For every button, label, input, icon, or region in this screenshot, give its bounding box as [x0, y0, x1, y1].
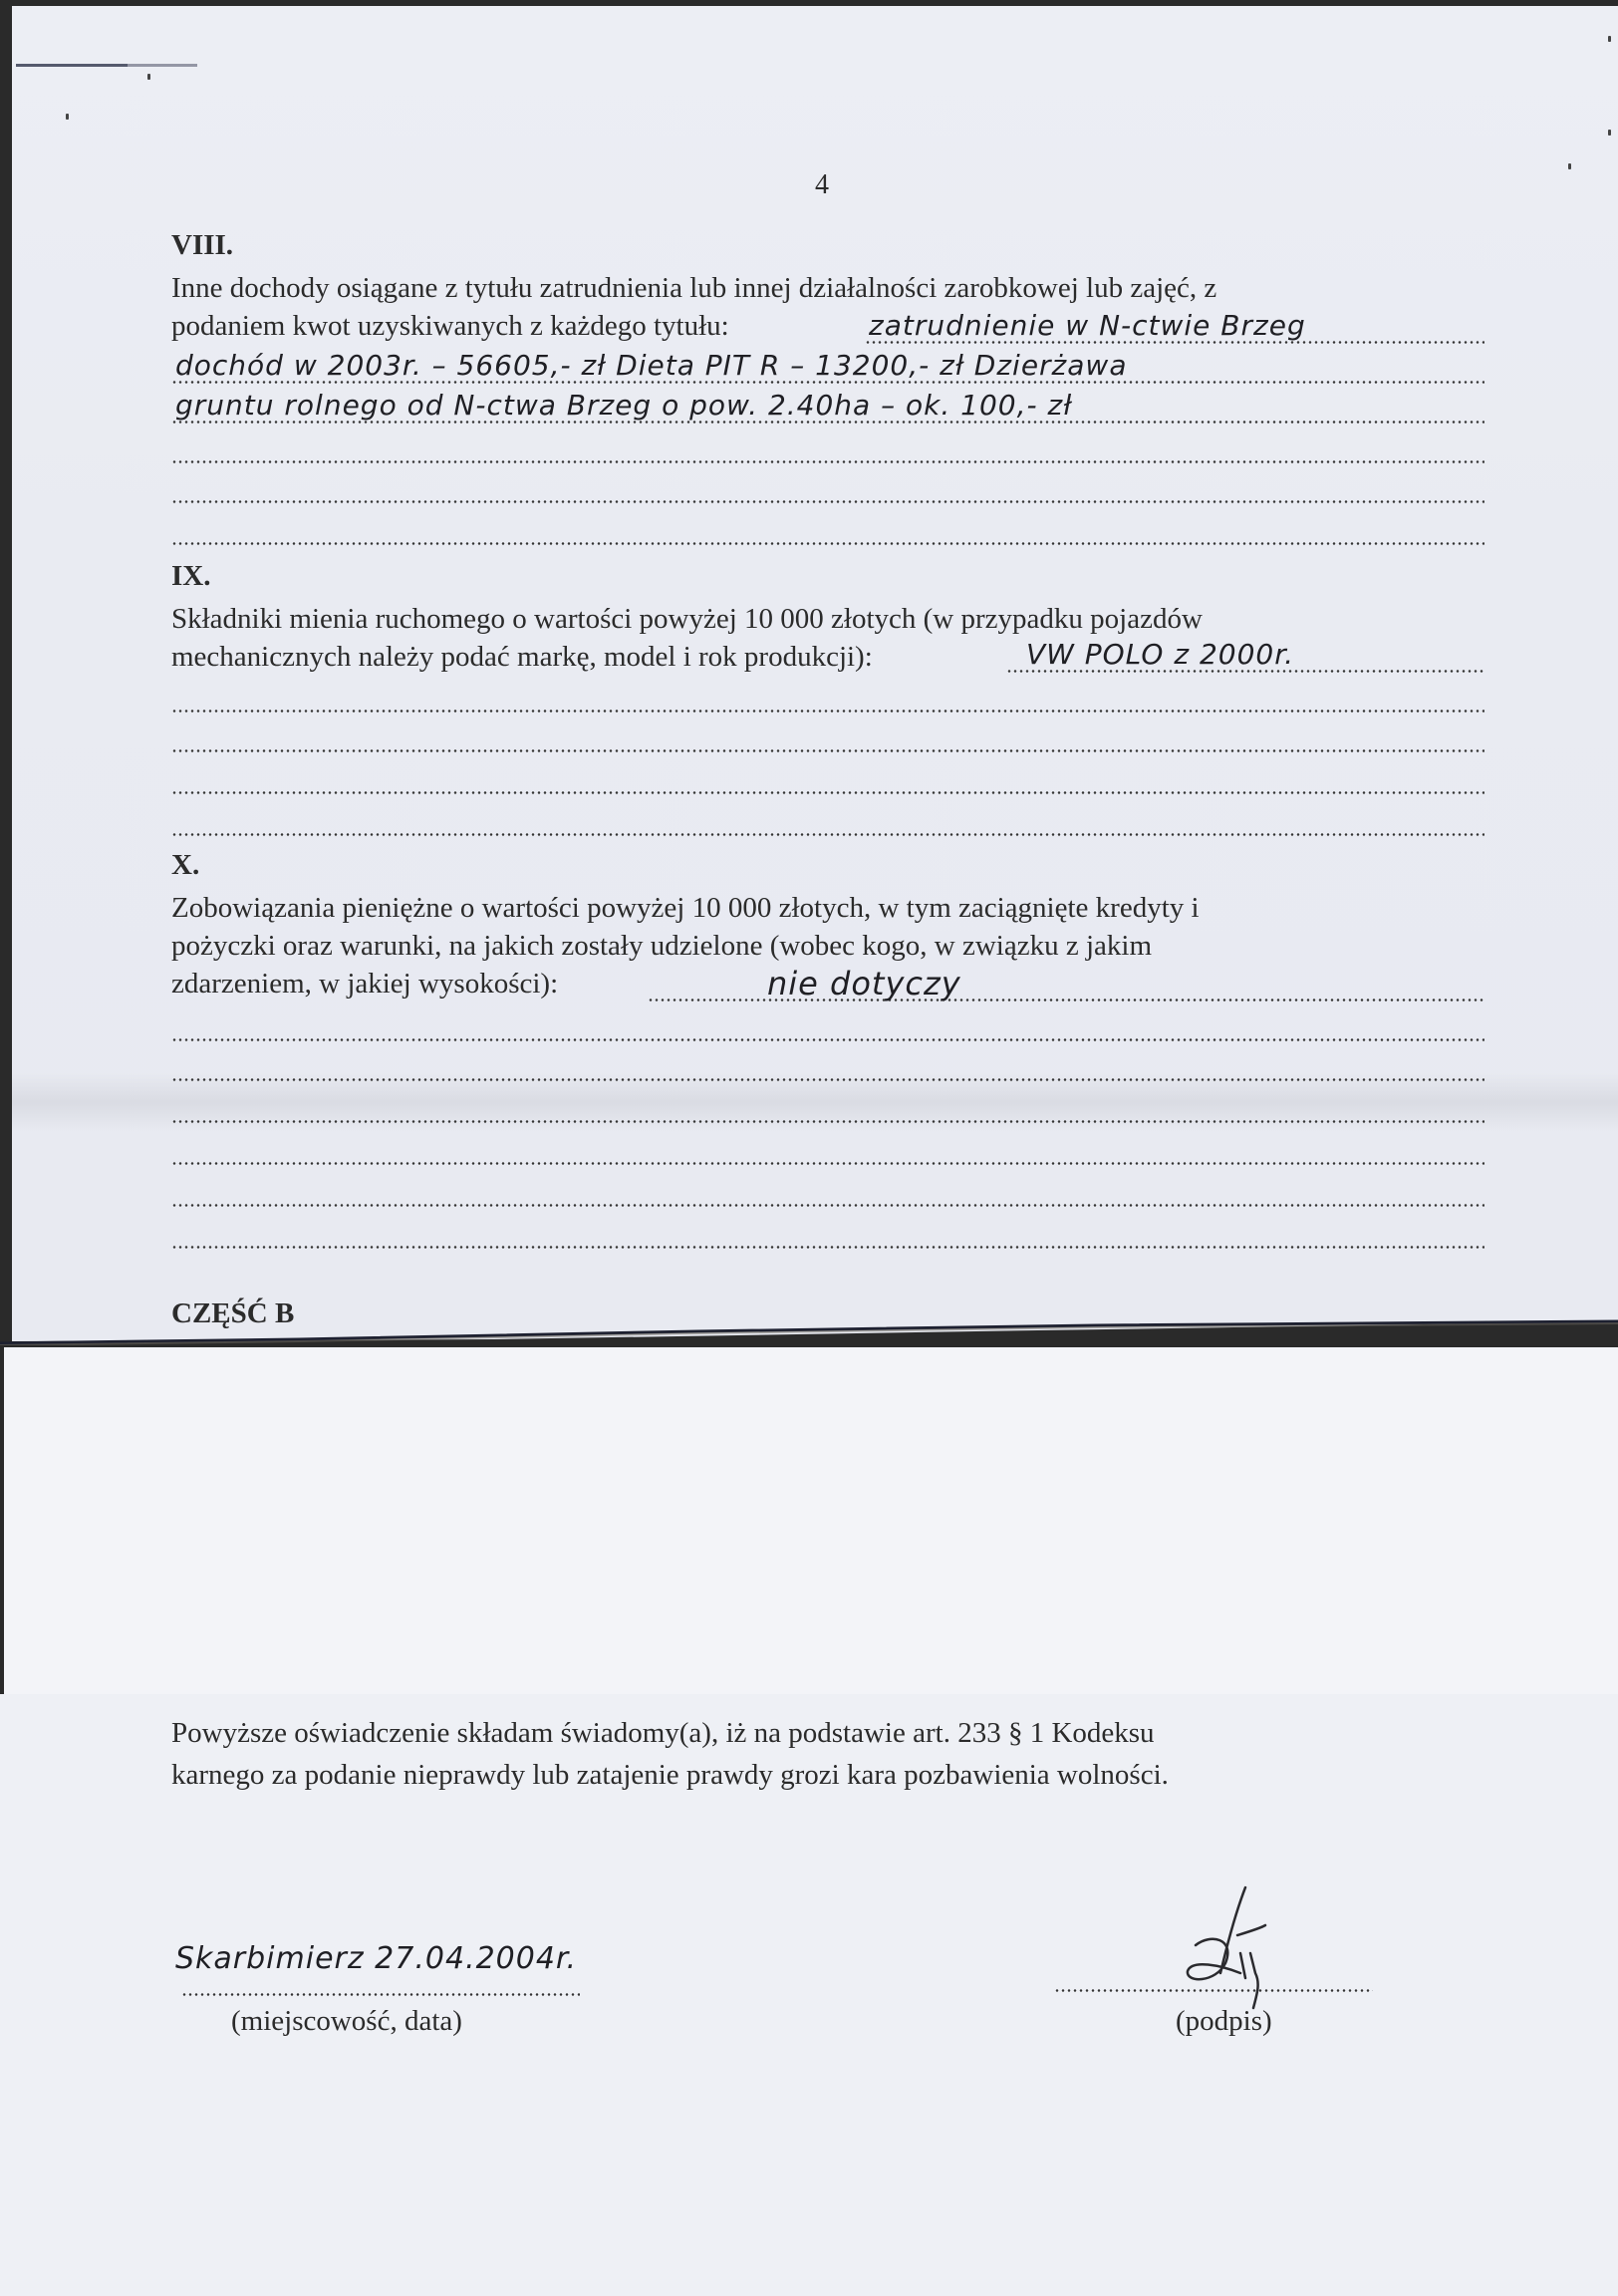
- answer-line: [171, 1246, 1484, 1249]
- answer-line: [171, 749, 1484, 752]
- section-ix-answer: VW POLO z 2000r.: [1026, 638, 1294, 671]
- section-viii-line1: Inne dochody osiągane z tytułu zatrudnie…: [171, 269, 1486, 307]
- answer-line: [171, 542, 1484, 545]
- section-ix-line1: Składniki mienia ruchomego o wartości po…: [171, 600, 1486, 638]
- part-b-heading: CZĘŚĆ B: [171, 1297, 294, 1330]
- document-content: 4 VIII. Inne dochody osiągane z tytułu z…: [0, 0, 1618, 2296]
- answer-line: [171, 1078, 1484, 1081]
- answer-line: [171, 1162, 1484, 1165]
- section-x-heading: X.: [171, 849, 199, 882]
- answer-line: [171, 1038, 1484, 1041]
- answer-line: [171, 833, 1484, 836]
- section-viii-answer-2: dochód w 2003r. – 56605,- zł Dieta PIT R…: [175, 349, 1127, 382]
- declaration-text: Powyższe oświadczenie składam świadomy(a…: [171, 1712, 1427, 1796]
- section-x-line2: pożyczki oraz warunki, na jakich zostały…: [171, 927, 1486, 965]
- section-viii-answer-1: zatrudnienie w N-ctwie Brzeg: [869, 309, 1306, 342]
- signature-label: (podpis): [1176, 2005, 1272, 2038]
- answer-line: [171, 791, 1484, 794]
- section-viii-heading: VIII.: [171, 229, 233, 262]
- place-date-label: (miejscowość, data): [231, 2005, 462, 2038]
- signature-line: [1054, 1989, 1373, 1992]
- section-viii-answer-3: gruntu rolnego od N-ctwa Brzeg o pow. 2.…: [175, 389, 1072, 422]
- handwritten-signature: [1166, 1883, 1285, 2013]
- answer-line: [171, 500, 1484, 503]
- place-date-line: [181, 1993, 580, 1996]
- answer-line: [171, 1120, 1484, 1123]
- answer-line: [171, 1204, 1484, 1207]
- section-x-line1: Zobowiązania pieniężne o wartości powyże…: [171, 889, 1486, 927]
- place-date-handwritten: Skarbimierz 27.04.2004r.: [175, 1941, 577, 1976]
- declaration-line2: karnego za podanie nieprawdy lub zatajen…: [171, 1754, 1427, 1796]
- answer-line: [171, 460, 1484, 463]
- section-ix-heading: IX.: [171, 560, 210, 593]
- declaration-line1: Powyższe oświadczenie składam świadomy(a…: [171, 1712, 1427, 1754]
- answer-line: [171, 710, 1484, 713]
- section-x-answer: nie dotyczy: [767, 965, 961, 1003]
- page-number: 4: [815, 169, 829, 201]
